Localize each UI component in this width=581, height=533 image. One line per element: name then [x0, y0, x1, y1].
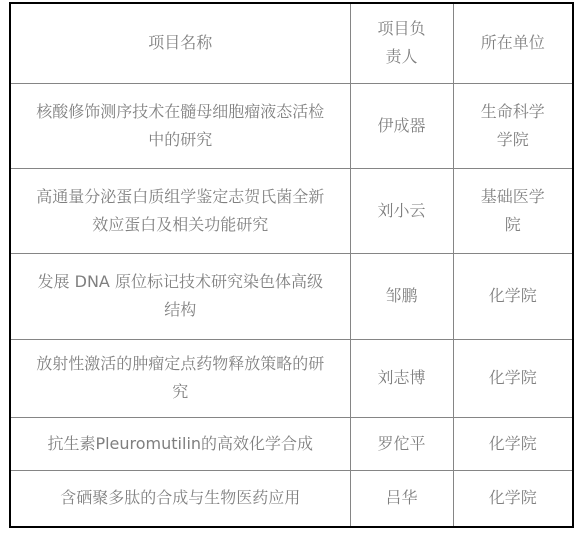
- project-name-cell: 含硒聚多肽的合成与生物医药应用: [10, 470, 350, 527]
- leader-cell: 吕华: [350, 470, 453, 527]
- table-row: 高通量分泌蛋白质组学鉴定志贺氏菌全新 效应蛋白及相关功能研究 刘小云 基础医学 …: [10, 168, 573, 253]
- leader-cell: 刘志博: [350, 339, 453, 417]
- column-header-project-name: 项目名称: [10, 3, 350, 83]
- unit-cell: 化学院: [453, 417, 573, 470]
- table-row: 抗生素Pleuromutilin的高效化学合成 罗佗平 化学院: [10, 417, 573, 470]
- leader-cell: 伊成器: [350, 83, 453, 168]
- unit-cell: 化学院: [453, 339, 573, 417]
- unit-cell: 生命科学 学院: [453, 83, 573, 168]
- project-name-cell: 抗生素Pleuromutilin的高效化学合成: [10, 417, 350, 470]
- project-name-cell: 核酸修饰测序技术在髓母细胞瘤液态活检 中的研究: [10, 83, 350, 168]
- project-name-cell: 高通量分泌蛋白质组学鉴定志贺氏菌全新 效应蛋白及相关功能研究: [10, 168, 350, 253]
- leader-cell: 罗佗平: [350, 417, 453, 470]
- table-row: 发展 DNA 原位标记技术研究染色体高级 结构 邹鹏 化学院: [10, 253, 573, 339]
- unit-cell: 化学院: [453, 470, 573, 527]
- column-header-unit: 所在单位: [453, 3, 573, 83]
- header-row: 项目名称 项目负 责人 所在单位: [10, 3, 573, 83]
- unit-cell: 基础医学 院: [453, 168, 573, 253]
- column-header-leader: 项目负 责人: [350, 3, 453, 83]
- unit-cell: 化学院: [453, 253, 573, 339]
- page: 项目名称 项目负 责人 所在单位 核酸修饰测序技术在髓母细胞瘤液态活检 中的研究…: [0, 0, 581, 533]
- table-row: 核酸修饰测序技术在髓母细胞瘤液态活检 中的研究 伊成器 生命科学 学院: [10, 83, 573, 168]
- projects-table: 项目名称 项目负 责人 所在单位 核酸修饰测序技术在髓母细胞瘤液态活检 中的研究…: [9, 2, 574, 528]
- leader-cell: 邹鹏: [350, 253, 453, 339]
- table-row: 含硒聚多肽的合成与生物医药应用 吕华 化学院: [10, 470, 573, 527]
- project-name-cell: 发展 DNA 原位标记技术研究染色体高级 结构: [10, 253, 350, 339]
- leader-cell: 刘小云: [350, 168, 453, 253]
- project-name-cell: 放射性激活的肿瘤定点药物释放策略的研 究: [10, 339, 350, 417]
- table-row: 放射性激活的肿瘤定点药物释放策略的研 究 刘志博 化学院: [10, 339, 573, 417]
